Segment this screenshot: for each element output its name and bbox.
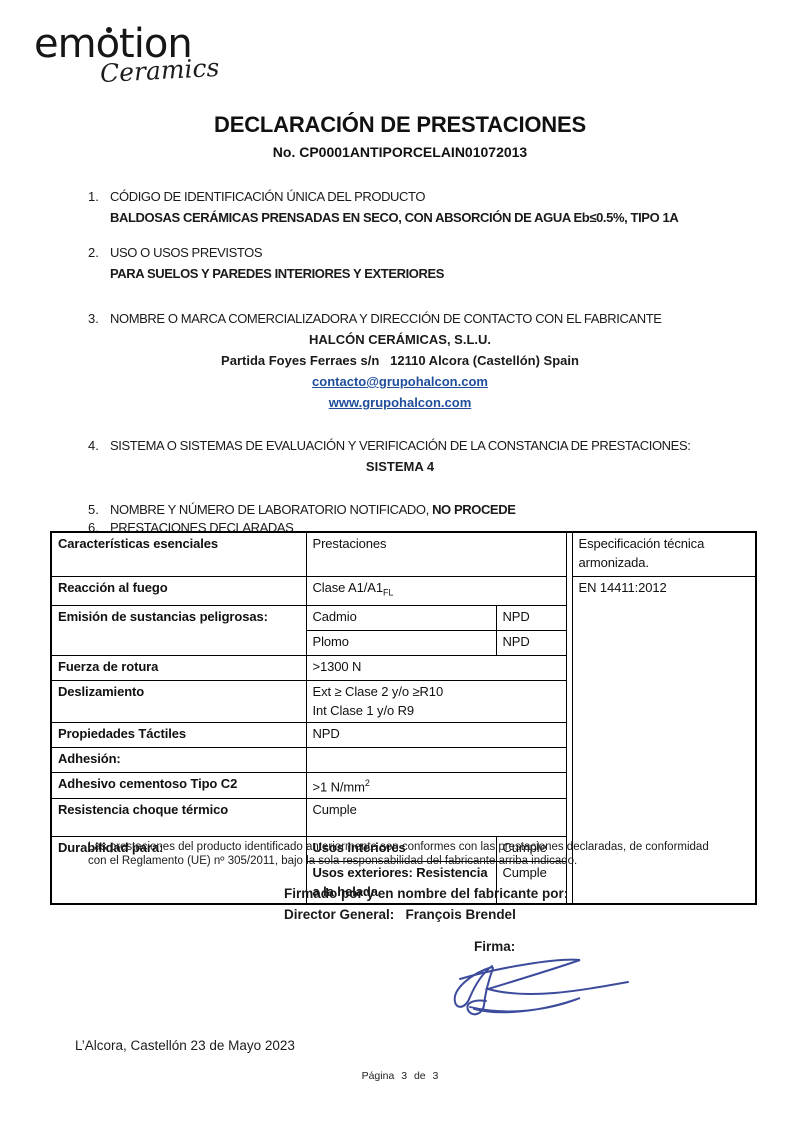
deslizamiento-ext-line: Ext ≥ Clase 2 y/o ≥R10	[313, 682, 560, 701]
reaccion-label: Reacción al fuego	[51, 577, 306, 606]
item-5: 5. NOMBRE Y NÚMERO DE LABORATORIO NOTIFI…	[0, 501, 800, 519]
emision-plomo-value: NPD	[496, 630, 566, 655]
header-prestaciones: Prestaciones	[306, 532, 566, 577]
page-title: DECLARACIÓN DE PRESTACIONES	[0, 112, 800, 138]
item-3: 3. NOMBRE O MARCA COMERCIALIZADORA Y DIR…	[0, 308, 800, 329]
item-1-number: 1.	[88, 186, 110, 207]
website-line: www.grupohalcon.com	[0, 392, 800, 413]
item-1: 1. CÓDIGO DE IDENTIFICACIÓN ÚNICA DEL PR…	[0, 186, 800, 207]
item-5-notified-lab-value: NO PROCEDE	[432, 502, 515, 517]
adhesivo-value-text: >1 N/mm	[313, 779, 365, 794]
document-page: emotion Ceramics DECLARACIÓN DE PRESTACI…	[0, 0, 800, 1132]
brand-sub-wordmark: Ceramics	[99, 53, 220, 88]
director-line: Director General: François Brendel	[284, 904, 568, 925]
row-reaccion-al-fuego: Reacción al fuego Clase A1/A1FL EN 14411…	[51, 577, 756, 606]
conformity-statement: Las prestaciones del producto identifica…	[88, 840, 718, 868]
item-5-label-text: NOMBRE Y NÚMERO DE LABORATORIO NOTIFICAD…	[110, 502, 432, 517]
emision-plomo-name: Plomo	[306, 630, 496, 655]
item-5-number: 5.	[88, 501, 110, 519]
adhesivo-value-superscript: 2	[365, 778, 370, 788]
item-2-intended-use: PARA SUELOS Y PAREDES INTERIORES Y EXTER…	[0, 263, 800, 284]
manufacturer-name: HALCÓN CERÁMICAS, S.L.U.	[0, 329, 800, 350]
item-4: 4. SISTEMA O SISTEMAS DE EVALUACIÓN Y VE…	[0, 435, 800, 456]
item-1-product-description: BALDOSAS CERÁMICAS PRENSADAS EN SECO, CO…	[0, 207, 800, 228]
signed-by-line: Firmado por y en nombre del fabricante p…	[284, 883, 568, 904]
signing-block: Firmado por y en nombre del fabricante p…	[284, 883, 568, 925]
emision-label: Emisión de sustancias peligrosas:	[51, 605, 306, 655]
system-value: SISTEMA 4	[0, 456, 800, 477]
email-line: contacto@grupohalcon.com	[0, 371, 800, 392]
item-3-label: NOMBRE O MARCA COMERCIALIZADORA Y DIRECC…	[110, 308, 662, 329]
signature-scrawl	[428, 955, 633, 1028]
adhesivo-label: Adhesivo cementoso Tipo C2	[51, 772, 306, 798]
signature-icon	[428, 955, 633, 1023]
choque-label: Resistencia choque térmico	[51, 798, 306, 836]
deslizamiento-label: Deslizamiento	[51, 680, 306, 722]
brand-logo: emotion Ceramics	[34, 22, 219, 85]
deslizamiento-int-line: Int Clase 1 y/o R9	[313, 701, 560, 720]
deslizamiento-value: Ext ≥ Clase 2 y/o ≥R10 Int Clase 1 y/o R…	[306, 680, 566, 722]
logo-o-dot-icon	[106, 27, 112, 33]
numbered-items: 1. CÓDIGO DE IDENTIFICACIÓN ÚNICA DEL PR…	[0, 186, 800, 537]
item-2-number: 2.	[88, 242, 110, 263]
firma-label: Firma:	[474, 939, 515, 954]
reaccion-value: Clase A1/A1FL	[306, 577, 566, 606]
fuerza-label: Fuerza de rotura	[51, 655, 306, 680]
tactiles-label: Propiedades Táctiles	[51, 722, 306, 747]
item-1-label: CÓDIGO DE IDENTIFICACIÓN ÚNICA DEL PRODU…	[110, 186, 425, 207]
manufacturer-address: Partida Foyes Ferraes s/n 12110 Alcora (…	[0, 350, 800, 371]
table-header-row: Características esenciales Prestaciones …	[51, 532, 756, 577]
reaccion-value-subscript: FL	[383, 588, 393, 598]
header-especificacion: Especificación técnica armonizada.	[572, 532, 756, 577]
header-caracteristicas: Características esenciales	[51, 532, 306, 577]
adhesivo-value: >1 N/mm2	[306, 772, 566, 798]
choque-value: Cumple	[306, 798, 566, 836]
reaccion-value-text: Clase A1/A1	[313, 580, 383, 595]
item-3-number: 3.	[88, 308, 110, 329]
item-4-number: 4.	[88, 435, 110, 456]
date-line: L’Alcora, Castellón 23 de Mayo 2023	[75, 1038, 295, 1053]
website-link[interactable]: www.grupohalcon.com	[329, 395, 472, 410]
adhesion-value	[306, 747, 566, 772]
tactiles-value: NPD	[306, 722, 566, 747]
emision-cadmio-name: Cadmio	[306, 605, 496, 630]
email-link[interactable]: contacto@grupohalcon.com	[312, 374, 488, 389]
fuerza-value: >1300 N	[306, 655, 566, 680]
adhesion-label: Adhesión:	[51, 747, 306, 772]
item-2: 2. USO O USOS PREVISTOS	[0, 242, 800, 263]
emision-cadmio-value: NPD	[496, 605, 566, 630]
item-4-label: SISTEMA O SISTEMAS DE EVALUACIÓN Y VERIF…	[110, 435, 690, 456]
item-2-label: USO O USOS PREVISTOS	[110, 242, 262, 263]
page-number: Página 3 de 3	[0, 1070, 800, 1082]
item-5-label: NOMBRE Y NÚMERO DE LABORATORIO NOTIFICAD…	[110, 501, 515, 519]
document-number: No. CP0001ANTIPORCELAIN01072013	[0, 144, 800, 160]
